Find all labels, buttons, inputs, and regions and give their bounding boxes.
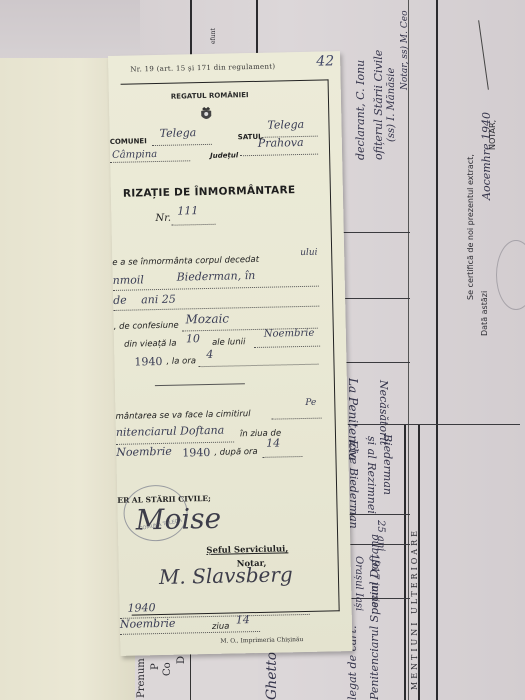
section-label: MENȚIUNI ULTERIOARE: [410, 528, 419, 690]
signature-line: [478, 20, 489, 89]
body-line-1-fill: ului: [300, 248, 318, 258]
satul-value: Telega: [267, 118, 304, 132]
register-row-rule: [340, 424, 520, 425]
printed-label: P: [150, 663, 161, 670]
footer-day-label: ziua: [212, 622, 230, 632]
kingdom-label: REGATUL ROMÂNIEI: [171, 91, 249, 101]
register-entry: ofițerul Stării Civile: [372, 50, 385, 160]
nr-label: Nr.: [155, 213, 171, 224]
confession-value: Mozaic: [185, 312, 229, 327]
cemetery-value: nitenciarul Doftana: [116, 424, 225, 439]
register-entry: Penitenciarul Special Doftana: [368, 534, 381, 700]
register-entry: Biederman: [381, 434, 394, 495]
printed-label: Prenum: [136, 658, 147, 698]
plasa-value: Câmpina: [112, 149, 157, 161]
death-year-value: 1940: [134, 355, 162, 369]
left-page-shadow: [0, 0, 140, 60]
service-head-label: Șeful Serviciului,: [206, 544, 288, 556]
death-hour-value: 4: [206, 348, 213, 361]
register-entry: Notar, ss) M. Ceo: [400, 11, 410, 91]
comuna-value: Telega: [159, 126, 196, 140]
register-entry: declarant, C. Ionu: [354, 60, 367, 160]
register-column-label: efunt: [210, 28, 217, 44]
register-entry: și al Rezimnei: [365, 436, 378, 514]
burial-authorization-slip: Nr. 19 (art. 15 și 171 din regulament) 4…: [108, 51, 353, 656]
confession-label: , de confesiune: [114, 321, 179, 332]
death-month-value: Noembrie: [264, 328, 315, 340]
register-entry: Orașul Iași: [353, 556, 364, 611]
certification-label: Se certifică de noi prezentul extract,: [466, 154, 475, 300]
burial-hour-label: , după ora: [214, 447, 258, 458]
cemetery-fill: Pe: [305, 398, 316, 408]
burial-month-value: Noembrie: [116, 445, 172, 459]
footer-month: Noembrie: [120, 617, 176, 631]
register-rule: [408, 0, 409, 700]
body-line-2-prefix: nmoil: [113, 273, 144, 287]
death-month-label: ale lunii: [212, 337, 246, 348]
register-row-rule: [340, 298, 410, 299]
body-line-3-fill: ani 25: [141, 293, 176, 307]
death-hour-label: , la ora: [166, 356, 196, 367]
register-rule: [404, 425, 406, 700]
nr-value: 111: [177, 204, 198, 217]
slip-handwritten-number: 42: [316, 53, 334, 69]
judetul-label: Județul: [210, 151, 238, 160]
royal-crest-icon: [199, 106, 213, 122]
burial-year-value: 1940: [182, 446, 210, 460]
death-day-value: 10: [186, 332, 200, 345]
register-row-rule: [340, 362, 410, 363]
date-label: Dată astăzi: [480, 291, 489, 336]
notary-label: NOTAR,: [488, 120, 497, 150]
burial-hour-value: 14: [266, 436, 280, 449]
footer-year: 1940: [127, 601, 155, 615]
printer-imprint: M. O., Imprimeria Chișinău: [220, 636, 303, 645]
body-line-2-fill: Biederman, în: [177, 269, 256, 284]
body-line-3-prefix: de: [113, 294, 127, 307]
comuna-label: COMUNEI: [110, 137, 147, 146]
register-row-rule: [340, 232, 410, 233]
register-rule: [256, 0, 258, 60]
register-rule: [190, 0, 192, 60]
printed-label: Co: [162, 662, 173, 676]
register-entry: (ss) I. Mănăsie: [386, 68, 397, 142]
notary-signature: M. Slavsberg: [159, 562, 293, 589]
register-stamp: [496, 240, 525, 310]
footer-day: 14: [236, 613, 250, 626]
officer-signature: Moise: [135, 502, 221, 537]
register-rule: [436, 0, 438, 700]
register-entry: Ghetto: [264, 652, 280, 700]
judetul-value: Prahova: [258, 136, 304, 150]
printed-label: D: [176, 656, 187, 664]
death-day-label: din vieață la: [124, 339, 177, 350]
form-reference: Nr. 19 (art. 15 și 171 din regulament): [130, 62, 275, 73]
dotted-line: [120, 631, 260, 635]
